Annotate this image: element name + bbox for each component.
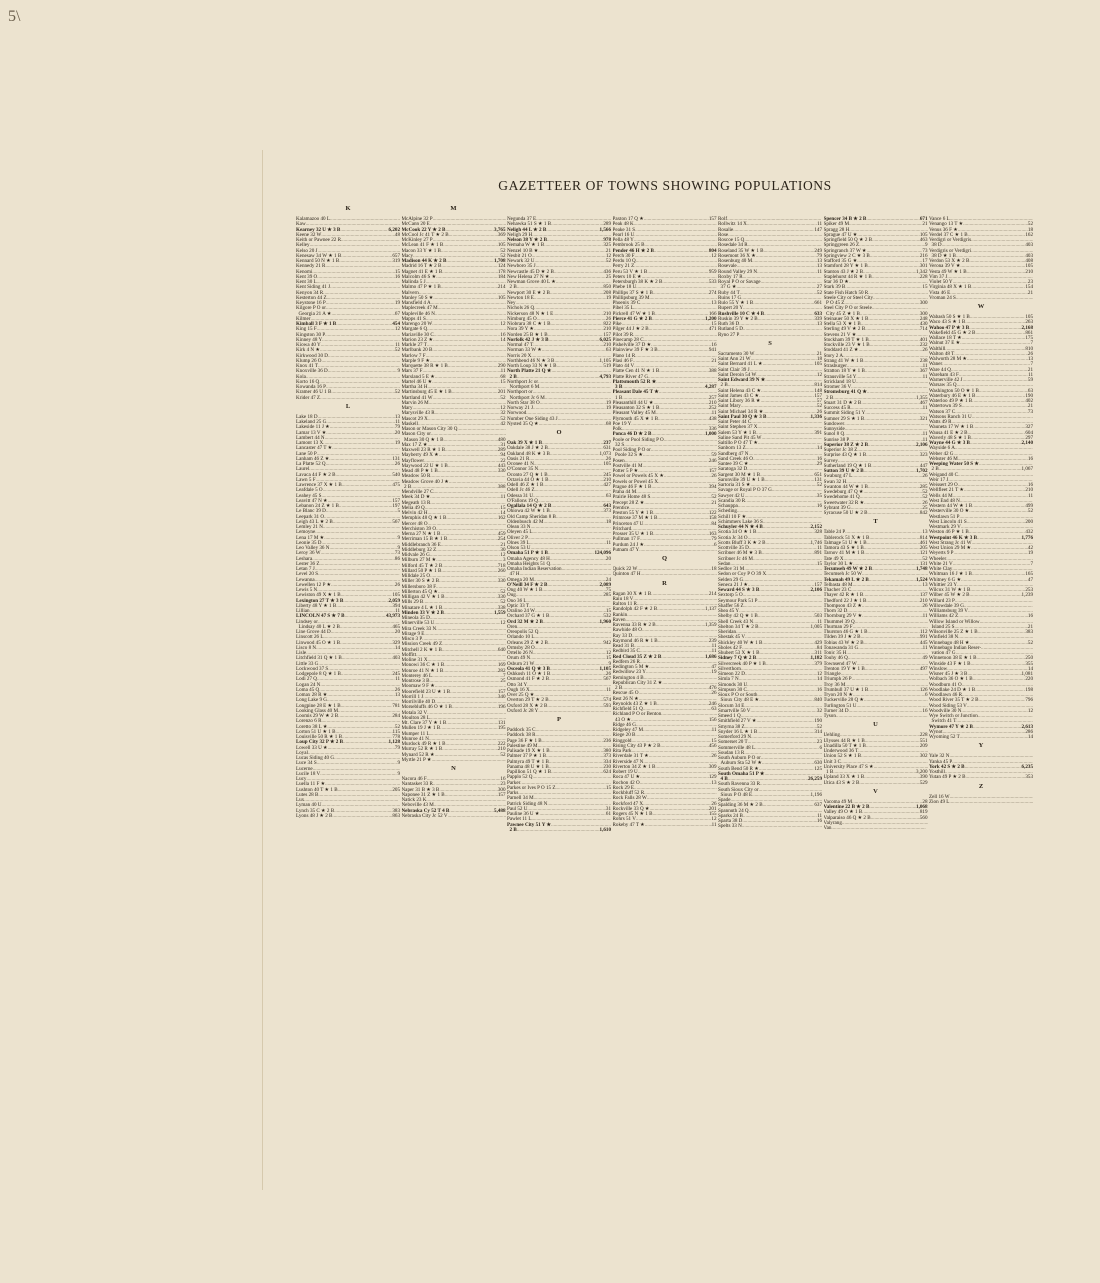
leader-dots: [320, 396, 400, 401]
page-fold-line: [262, 150, 263, 1190]
leader-dots: [956, 296, 1033, 301]
leader-dots: [517, 828, 600, 833]
gazetteer-columns: KKalamazoo 40 LKawKearney 32 U ★ 3 B6,20…: [296, 203, 1066, 833]
town-name: Syracuse 50 U ★ 2 B: [824, 511, 868, 516]
leader-dots: [949, 800, 1033, 805]
gazetteer-column: Vance 6 LVenango 13 T ★52Venus 36 F ★18V…: [929, 203, 1033, 833]
town-entry: Ryno 27 P: [718, 333, 822, 338]
leader-dots: [432, 758, 506, 763]
town-entry: Krider 47 Z: [296, 396, 400, 401]
leader-dots: [645, 823, 712, 828]
section-letter-heading: Z: [929, 784, 1033, 790]
town-name: Krider 47 Z: [296, 396, 320, 401]
section-letter-heading: W: [929, 304, 1033, 310]
town-entry: Wyoming 52 T14: [929, 735, 1033, 740]
town-name: Nysted 35 Q ★: [507, 422, 539, 427]
town-name: Zion 49 L: [929, 800, 949, 805]
leader-dots: [448, 814, 506, 819]
town-name: Myrtle 21 P ★: [402, 758, 432, 763]
gazetteer-column: KKalamazoo 40 LKawKearney 32 U ★ 3 B6,20…: [296, 203, 400, 833]
section-spacer: [507, 206, 611, 212]
section-spacer: [824, 206, 928, 212]
population-value: 529: [920, 781, 928, 786]
town-name: Oxford Jc 28 Y: [507, 709, 538, 714]
section-letter-heading: N: [402, 766, 506, 772]
section-letter-heading: Y: [929, 743, 1033, 749]
town-name: Vroman 24 S: [929, 296, 956, 301]
town-name: Tyson: [824, 714, 836, 719]
population-value: 11: [712, 823, 717, 828]
population-value: 68: [606, 422, 611, 427]
town-entry: Lyons 48 J ★ 2 B863: [296, 814, 400, 819]
town-entry: Zion 49 L: [929, 800, 1033, 805]
leader-dots: [742, 824, 822, 829]
section-letter-heading: M: [402, 206, 506, 212]
leader-dots: [538, 709, 611, 714]
town-name: Quinton 47 H: [613, 572, 641, 577]
town-entry: Tyson: [824, 714, 928, 719]
section-letter-heading: R: [613, 581, 717, 587]
population-value: 14: [1028, 735, 1033, 740]
population-value: 1,610: [600, 828, 611, 833]
town-entry: Oxford Jc 28 Y: [507, 709, 611, 714]
town-entry: Putnam 47 Y: [613, 548, 717, 553]
town-entry: Vroman 24 S: [929, 296, 1033, 301]
section-letter-heading: L: [296, 404, 400, 410]
town-name: Spelts 33 N: [718, 824, 742, 829]
population-value: 842: [920, 511, 928, 516]
section-letter-heading: Q: [613, 556, 717, 562]
page-title: GAZETTEER OF TOWNS SHOWING POPULATIONS: [300, 178, 1030, 194]
town-entry: Myrtle 21 P ★: [402, 758, 506, 763]
section-letter-heading: U: [824, 722, 928, 728]
leader-dots: [831, 826, 927, 831]
town-entry: Spelts 33 N: [718, 824, 822, 829]
section-letter-heading: S: [718, 341, 822, 347]
population-value: 353: [1025, 775, 1033, 780]
town-entry: Van: [824, 826, 928, 831]
town-name: 2 B: [507, 828, 517, 833]
leader-dots: [960, 735, 1028, 740]
leader-dots: [539, 422, 606, 427]
town-entry: Quinton 47 H: [613, 572, 717, 577]
gazetteer-column: Paxton 17 Q ★157Peak 48 KPeake 31 SPearl…: [613, 203, 717, 833]
section-letter-heading: K: [296, 206, 400, 212]
town-entry: Nebraska City Jc 52 V: [402, 814, 506, 819]
town-name: Nebraska City Jc 52 V: [402, 814, 448, 819]
town-entry: Yutan 49 P ★ 2 B353: [929, 775, 1033, 780]
section-spacer: [613, 206, 717, 212]
gazetteer-column: RolfRollwitz 14 X11Rosalie147RoseRoscoe …: [718, 203, 822, 833]
leader-dots: [639, 548, 716, 553]
town-name: Putnam 47 Y: [613, 548, 640, 553]
leader-dots: [859, 781, 920, 786]
town-entry: Rokeby 47 T ★11: [613, 823, 717, 828]
gazetteer-column: MMcAlpine 32 PMcCann 20 EMcCook 22 Y ★ 2…: [402, 203, 506, 833]
leader-dots: [641, 572, 717, 577]
leader-dots: [868, 511, 920, 516]
corner-pencil-mark: 5\: [8, 8, 20, 26]
section-spacer: [718, 206, 822, 212]
population-value: 863: [392, 814, 400, 819]
town-name: Utica 43 S ★ 2 B: [824, 781, 860, 786]
gazetteer-column: Negunda 37 ENehawka 51 S ★ 1 B289Neligh …: [507, 203, 611, 833]
leader-dots: [966, 775, 1026, 780]
town-entry: Syracuse 50 U ★ 2 B842: [824, 511, 928, 516]
town-name: Wyoming 52 T: [929, 735, 960, 740]
town-name: Lyons 48 J ★ 2 B: [296, 814, 332, 819]
town-name: Van: [824, 826, 832, 831]
town-name: Yutan 49 P ★ 2 B: [929, 775, 966, 780]
town-entry: Utica 43 S ★ 2 B529: [824, 781, 928, 786]
section-spacer: [929, 206, 1033, 212]
town-entry: 2 B1,610: [507, 828, 611, 833]
town-name: Rokeby 47 T ★: [613, 823, 645, 828]
leader-dots: [836, 714, 928, 719]
leader-dots: [332, 814, 392, 819]
gazetteer-column: Spencer 34 B ★ 2 B671Spiker 49 M21Spragg…: [824, 203, 928, 833]
section-letter-heading: V: [824, 789, 928, 795]
town-name: Ryno 27 P: [718, 333, 739, 338]
town-entry: Nysted 35 Q ★68: [507, 422, 611, 427]
section-letter-heading: O: [507, 430, 611, 436]
section-letter-heading: T: [824, 519, 928, 525]
section-letter-heading: P: [507, 717, 611, 723]
leader-dots: [739, 333, 822, 338]
